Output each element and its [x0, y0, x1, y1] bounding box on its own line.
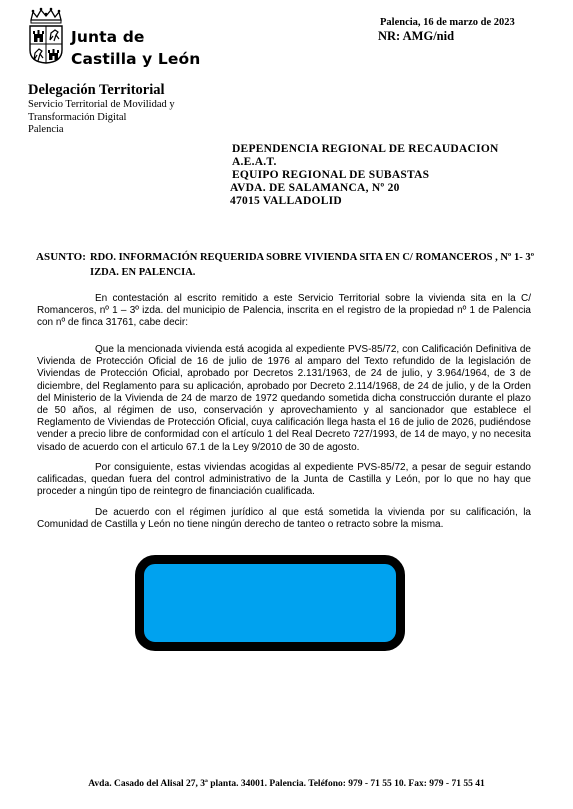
- subject-text: RDO. INFORMACIÓN REQUERIDA SOBRE VIVIEND…: [90, 250, 550, 280]
- coat-of-arms-icon: [28, 6, 64, 64]
- paragraph-text: De acuerdo con el régimen jurídico al qu…: [37, 507, 531, 530]
- recipient-line: AVDA. DE SALAMANCA, Nº 20: [230, 182, 499, 195]
- subject-label: ASUNTO:: [36, 250, 90, 265]
- logo-wordmark: Junta de Castilla y León: [71, 26, 200, 70]
- redaction-box: [135, 555, 405, 651]
- recipient-line: EQUIPO REGIONAL DE SUBASTAS: [232, 169, 499, 182]
- document-reference: NR: AMG/nid: [378, 29, 515, 44]
- recipient-line: DEPENDENCIA REGIONAL DE RECAUDACION: [232, 143, 499, 156]
- date-reference-block: Palencia, 16 de marzo de 2023 NR: AMG/ni…: [380, 16, 515, 44]
- logo-line-1: Junta de: [71, 26, 200, 48]
- paragraph-text: Que la mencionada vivienda está acogida …: [37, 344, 531, 453]
- sender-title: Delegación Territorial: [28, 82, 175, 99]
- footer-address: Avda. Casado del Alisal 27, 3ª planta. 3…: [0, 778, 573, 790]
- body-paragraph: De acuerdo con el régimen jurídico al qu…: [37, 507, 531, 531]
- logo-line-2: Castilla y León: [71, 48, 200, 70]
- body-paragraph: En contestación al escrito remitido a es…: [37, 293, 531, 330]
- body-paragraph: Por consiguiente, estas viviendas acogid…: [37, 462, 531, 499]
- sender-line: Transformación Digital: [28, 112, 175, 125]
- body-paragraph: Que la mencionada vivienda está acogida …: [37, 344, 531, 454]
- sender-line: Servicio Territorial de Movilidad y: [28, 99, 175, 112]
- recipient-address: DEPENDENCIA REGIONAL DE RECAUDACION A.E.…: [232, 143, 499, 208]
- paragraph-text: En contestación al escrito remitido a es…: [37, 293, 531, 328]
- subject-line: ASUNTO:RDO. INFORMACIÓN REQUERIDA SOBRE …: [36, 250, 556, 280]
- recipient-line: A.E.A.T.: [232, 156, 499, 169]
- document-date: Palencia, 16 de marzo de 2023: [380, 16, 515, 29]
- sender-block: Delegación Territorial Servicio Territor…: [28, 82, 175, 137]
- recipient-line: 47015 VALLADOLID: [230, 195, 499, 208]
- sender-line: Palencia: [28, 124, 175, 137]
- paragraph-text: Por consiguiente, estas viviendas acogid…: [37, 462, 531, 497]
